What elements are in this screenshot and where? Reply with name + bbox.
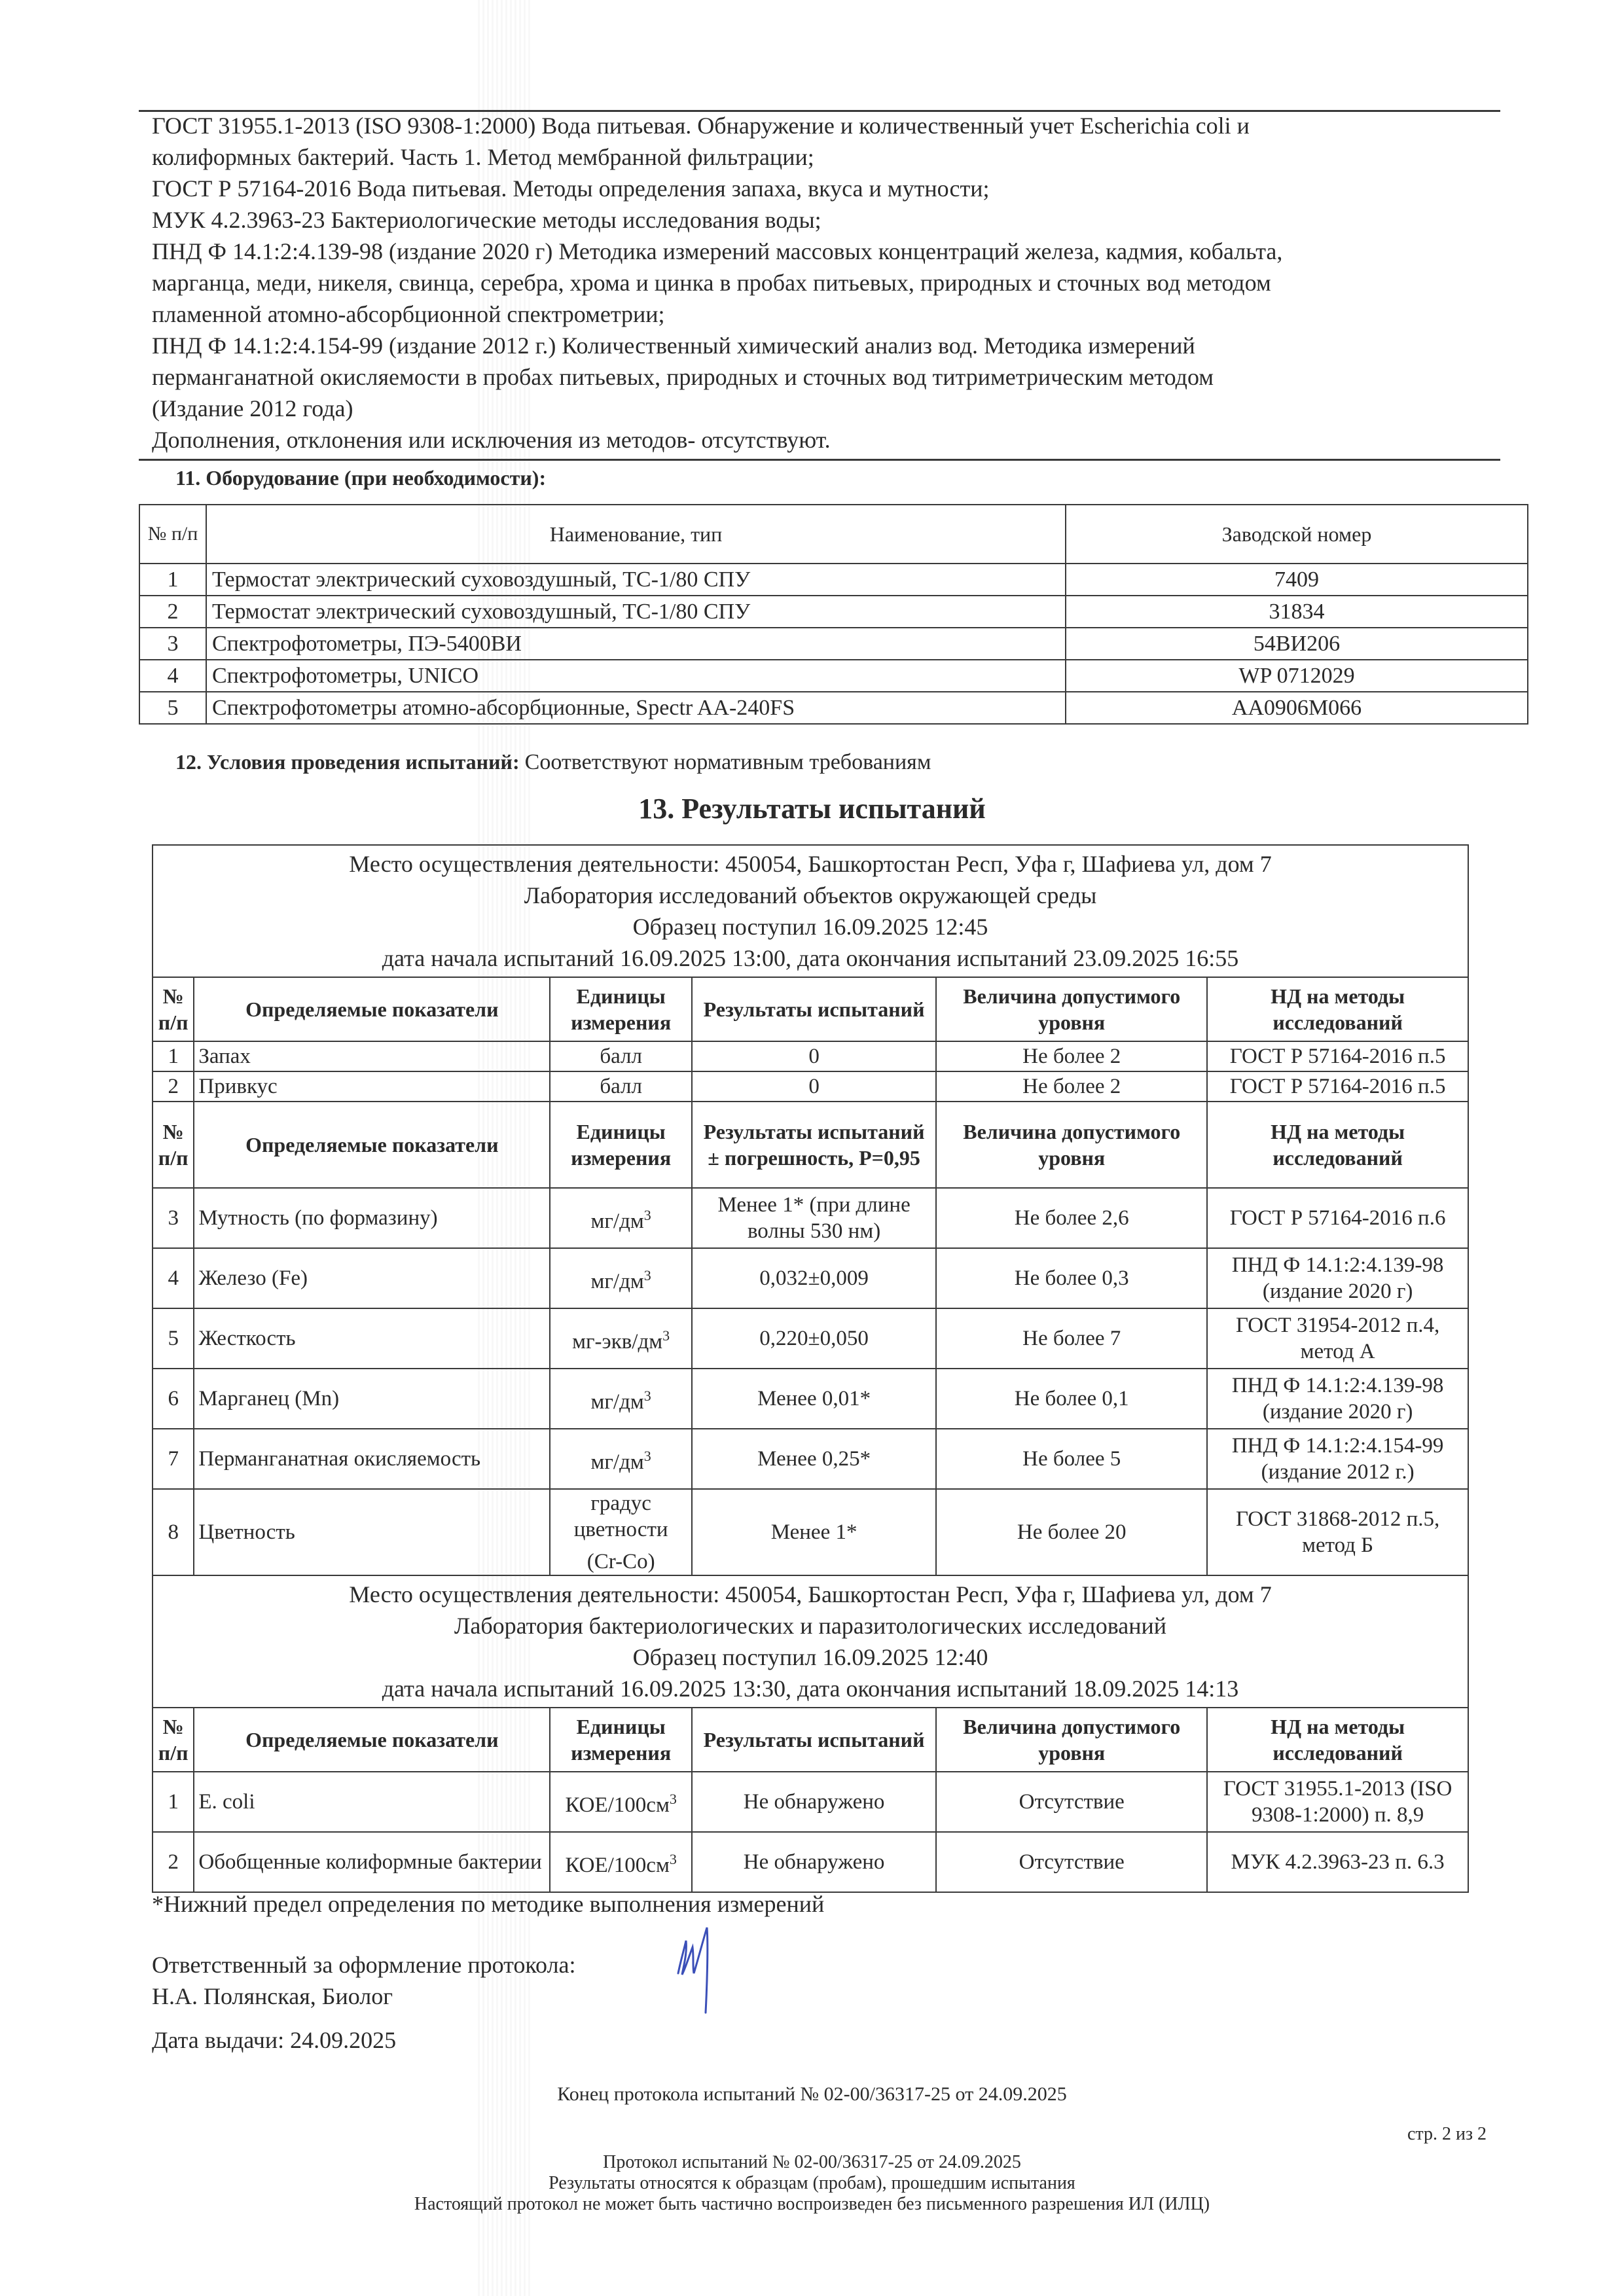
cell-num: 2 [153,1832,194,1892]
methods-line: (Издание 2012 года) [152,393,1500,424]
units-text: мг/дм [591,1210,644,1233]
table-row: 5 Жесткость мг-экв/дм3 0,220±0,050 Не бо… [153,1308,1468,1369]
table-row: 8 Цветность градус цветности (Cr-Co) Мен… [153,1489,1468,1575]
end-of-protocol: Конец протокола испытаний № 02-00/36317-… [0,2083,1624,2106]
cell-result: 0 [692,1041,936,1071]
table-row: 1 Термостат электрический суховоздушный,… [139,564,1528,596]
cell-result: 0,032±0,009 [692,1248,936,1308]
methods-line: МУК 4.2.3963-23 Бактериологические метод… [152,204,1500,236]
units-text: мг/дм [591,1270,644,1293]
cell-method: ГОСТ Р 57164-2016 п.5 [1207,1071,1468,1102]
cell-result: Не обнаружено [692,1772,936,1832]
page-footer: Протокол испытаний № 02-00/36317-25 от 2… [0,2152,1624,2215]
methods-line: ПНД Ф 14.1:2:4.139-98 (издание 2020 г) М… [152,236,1500,267]
cell-method: ПНД Ф 14.1:2:4.139-98 (издание 2020 г) [1207,1369,1468,1429]
methods-line: ПНД Ф 14.1:2:4.154-99 (издание 2012 г.) … [152,330,1500,361]
cell-method: ГОСТ 31868-2012 п.5, метод Б [1207,1489,1468,1575]
block2-lab: Лаборатория бактериологических и паразит… [153,1610,1468,1641]
units-sup: 3 [670,1851,677,1867]
header-method: НД на методы исследований [1207,1708,1468,1772]
methods-bottom-rule [139,459,1500,461]
header-num: № п/п [153,1102,194,1188]
methods-line: ГОСТ Р 57164-2016 Вода питьевая. Методы … [152,173,1500,204]
units-text: мг/дм [591,1450,644,1474]
cell-indicator: Цветность [194,1489,550,1575]
cell-limit: Не более 2,6 [936,1188,1207,1248]
cell-num: 7 [153,1429,194,1489]
footer-copy-note: Настоящий протокол не может быть частичн… [0,2194,1624,2215]
cell-limit: Не более 20 [936,1489,1207,1575]
header-units: Единицы измерения [550,1102,692,1188]
header-num: № п/п [153,1708,194,1772]
block1-received: Образец поступил 16.09.2025 12:45 [153,911,1468,942]
page-number: стр. 2 из 2 [1407,2124,1487,2145]
table-row: 3 Спектрофотометры, ПЭ-5400ВИ 54ВИ206 [139,628,1528,660]
header-indicator: Определяемые показатели [194,1102,550,1188]
methods-line: марганца, меди, никеля, свинца, серебра,… [152,267,1500,298]
cell-indicator: Мутность (по формазину) [194,1188,550,1248]
conditions-value: Соответствуют нормативным требованиям [525,750,931,774]
cell-method: ПНД Ф 14.1:2:4.139-98 (издание 2020 г) [1207,1248,1468,1308]
cell-method: ПНД Ф 14.1:2:4.154-99 (издание 2012 г.) [1207,1429,1468,1489]
units-sup: 3 [644,1207,651,1223]
cell-units: балл [550,1041,692,1071]
units-sup: 3 [644,1448,651,1464]
cell-num: 6 [153,1369,194,1429]
cell-limit: Не более 2 [936,1041,1207,1071]
cell-num: 1 [139,564,206,596]
block1-header-b: № п/п Определяемые показатели Единицы из… [153,1102,1468,1188]
equipment-header-row: № п/п Наименование, тип Заводской номер [139,505,1528,564]
table-row: 2 Обобщенные колиформные бактерии КОЕ/10… [153,1832,1468,1892]
footnote: *Нижний предел определения по методике в… [152,1890,824,1918]
cell-method: МУК 4.2.3963-23 п. 6.3 [1207,1832,1468,1892]
units-sup: 3 [644,1267,651,1283]
header-indicator: Определяемые показатели [194,1708,550,1772]
equipment-header-name: Наименование, тип [206,505,1066,564]
methods-line: Дополнения, отклонения или исключения из… [152,424,1500,456]
header-indicator: Определяемые показатели [194,977,550,1041]
cell-name: Термостат электрический суховоздушный, Т… [206,564,1066,596]
equipment-title: 11. Оборудование (при необходимости): [175,466,546,490]
block1-lab: Лаборатория исследований объектов окружа… [153,880,1468,911]
cell-num: 8 [153,1489,194,1575]
cell-method: ГОСТ 31954-2012 п.4, метод А [1207,1308,1468,1369]
cell-serial: WP 0712029 [1066,660,1528,692]
header-units: Единицы измерения [550,977,692,1041]
cell-num: 5 [153,1308,194,1369]
equipment-header-num: № п/п [139,505,206,564]
cell-units: КОЕ/100см3 [550,1772,692,1832]
block2-info: Место осуществления деятельности: 450054… [153,1575,1468,1708]
units-sup: 3 [644,1388,651,1404]
table-row: 2 Термостат электрический суховоздушный,… [139,596,1528,628]
header-result: Результаты испытаний [692,1708,936,1772]
cell-units: КОЕ/100см3 [550,1832,692,1892]
cell-units: мг/дм3 [550,1369,692,1429]
cell-limit: Не более 2 [936,1071,1207,1102]
methods-line: ГОСТ 31955.1-2013 (ISO 9308-1:2000) Вода… [152,110,1500,141]
cell-method: ГОСТ Р 57164-2016 п.6 [1207,1188,1468,1248]
cell-indicator: E. coli [194,1772,550,1832]
block1-dates: дата начала испытаний 16.09.2025 13:00, … [153,942,1468,974]
equipment-table: № п/п Наименование, тип Заводской номер … [139,504,1528,725]
cell-num: 2 [153,1071,194,1102]
footer-results-note: Результаты относятся к образцам (пробам)… [0,2173,1624,2194]
cell-name: Спектрофотометры атомно-абсорбционные, S… [206,692,1066,724]
cell-result: Менее 1* [692,1489,936,1575]
cell-result: 0 [692,1071,936,1102]
cell-num: 3 [153,1188,194,1248]
responsible-label: Ответственный за оформление протокола: [152,1949,576,1981]
cell-num: 3 [139,628,206,660]
cell-limit: Не более 7 [936,1308,1207,1369]
cell-name: Термостат электрический суховоздушный, Т… [206,596,1066,628]
table-row: 5 Спектрофотометры атомно-абсорбционные,… [139,692,1528,724]
results-table: Место осуществления деятельности: 450054… [152,844,1469,1893]
units-text: мг-экв/дм [572,1330,662,1354]
cell-num: 1 [153,1772,194,1832]
units-text: мг/дм [591,1390,644,1414]
responsible-block: Ответственный за оформление протокола: Н… [152,1949,576,2012]
cell-serial: 31834 [1066,596,1528,628]
cell-result: 0,220±0,050 [692,1308,936,1369]
conditions: 12. Условия проведения испытаний: Соотве… [175,750,931,775]
block1-header-a: № п/п Определяемые показатели Единицы из… [153,977,1468,1041]
header-limit: Величина допустимого уровня [936,977,1207,1041]
units-text: градус цветности (Cr-Co) [574,1492,668,1573]
table-row: 1 Запах балл 0 Не более 2 ГОСТ Р 57164-2… [153,1041,1468,1071]
units-text: КОЕ/100см [565,1793,669,1817]
cell-units: мг-экв/дм3 [550,1308,692,1369]
table-row: 6 Марганец (Mn) мг/дм3 Менее 0,01* Не бо… [153,1369,1468,1429]
cell-name: Спектрофотометры, UNICO [206,660,1066,692]
block1-info: Место осуществления деятельности: 450054… [153,845,1468,977]
cell-units: мг/дм3 [550,1188,692,1248]
methods-line: колиформных бактерий. Часть 1. Метод мем… [152,141,1500,173]
block2-dates: дата начала испытаний 16.09.2025 13:30, … [153,1673,1468,1704]
header-method: НД на методы исследований [1207,977,1468,1041]
header-limit: Величина допустимого уровня [936,1102,1207,1188]
header-result: Результаты испытаний ± погрешность, P=0,… [692,1102,936,1188]
cell-serial: 7409 [1066,564,1528,596]
block2-header: № п/п Определяемые показатели Единицы из… [153,1708,1468,1772]
cell-indicator: Запах [194,1041,550,1071]
cell-indicator: Жесткость [194,1308,550,1369]
issue-date: Дата выдачи: 24.09.2025 [152,2026,396,2054]
table-row: 7 Перманганатная окисляемость мг/дм3 Мен… [153,1429,1468,1489]
cell-indicator: Обобщенные колиформные бактерии [194,1832,550,1892]
cell-result: Не обнаружено [692,1832,936,1892]
block1-location: Место осуществления деятельности: 450054… [153,848,1468,880]
cell-limit: Не более 0,1 [936,1369,1207,1429]
cell-units: градус цветности (Cr-Co) [550,1489,692,1575]
header-limit: Величина допустимого уровня [936,1708,1207,1772]
cell-units: мг/дм3 [550,1429,692,1489]
results-title: 13. Результаты испытаний [0,792,1624,825]
cell-method: ГОСТ 31955.1-2013 (ISO 9308-1:2000) п. 8… [1207,1772,1468,1832]
block2-location: Место осуществления деятельности: 450054… [153,1579,1468,1610]
table-row: 4 Железо (Fe) мг/дм3 0,032±0,009 Не боле… [153,1248,1468,1308]
cell-num: 5 [139,692,206,724]
table-row: 1 E. coli КОЕ/100см3 Не обнаружено Отсут… [153,1772,1468,1832]
cell-limit: Не более 5 [936,1429,1207,1489]
cell-num: 4 [139,660,206,692]
units-sup: 3 [662,1327,670,1344]
cell-result: Менее 0,01* [692,1369,936,1429]
cell-serial: AA0906M066 [1066,692,1528,724]
cell-limit: Не более 0,3 [936,1248,1207,1308]
header-num: № п/п [153,977,194,1041]
cell-result: Менее 1* (при длине волны 530 нм) [692,1188,936,1248]
cell-result: Менее 0,25* [692,1429,936,1489]
methods-list: ГОСТ 31955.1-2013 (ISO 9308-1:2000) Вода… [152,110,1500,456]
header-units: Единицы измерения [550,1708,692,1772]
equipment-header-serial: Заводской номер [1066,505,1528,564]
cell-num: 2 [139,596,206,628]
signature-icon [674,1921,720,2019]
table-row: 2 Привкус балл 0 Не более 2 ГОСТ Р 57164… [153,1071,1468,1102]
cell-indicator: Перманганатная окисляемость [194,1429,550,1489]
methods-line: пламенной атомно-абсорбционной спектроме… [152,298,1500,330]
responsible-name: Н.А. Полянская, Биолог [152,1981,576,2012]
cell-method: ГОСТ Р 57164-2016 п.5 [1207,1041,1468,1071]
units-text: КОЕ/100см [565,1854,669,1877]
cell-num: 1 [153,1041,194,1071]
methods-line: перманганатной окисляемости в пробах пит… [152,361,1500,393]
header-result: Результаты испытаний [692,977,936,1041]
header-method: НД на методы исследований [1207,1102,1468,1188]
cell-limit: Отсутствие [936,1832,1207,1892]
footer-protocol: Протокол испытаний № 02-00/36317-25 от 2… [0,2152,1624,2173]
conditions-label: 12. Условия проведения испытаний: [175,750,520,774]
cell-units: балл [550,1071,692,1102]
cell-name: Спектрофотометры, ПЭ-5400ВИ [206,628,1066,660]
cell-num: 4 [153,1248,194,1308]
cell-indicator: Марганец (Mn) [194,1369,550,1429]
cell-units: мг/дм3 [550,1248,692,1308]
cell-indicator: Железо (Fe) [194,1248,550,1308]
cell-limit: Отсутствие [936,1772,1207,1832]
units-sup: 3 [670,1791,677,1807]
cell-indicator: Привкус [194,1071,550,1102]
block2-received: Образец поступил 16.09.2025 12:40 [153,1641,1468,1673]
table-row: 4 Спектрофотометры, UNICO WP 0712029 [139,660,1528,692]
table-row: 3 Мутность (по формазину) мг/дм3 Менее 1… [153,1188,1468,1248]
cell-serial: 54ВИ206 [1066,628,1528,660]
